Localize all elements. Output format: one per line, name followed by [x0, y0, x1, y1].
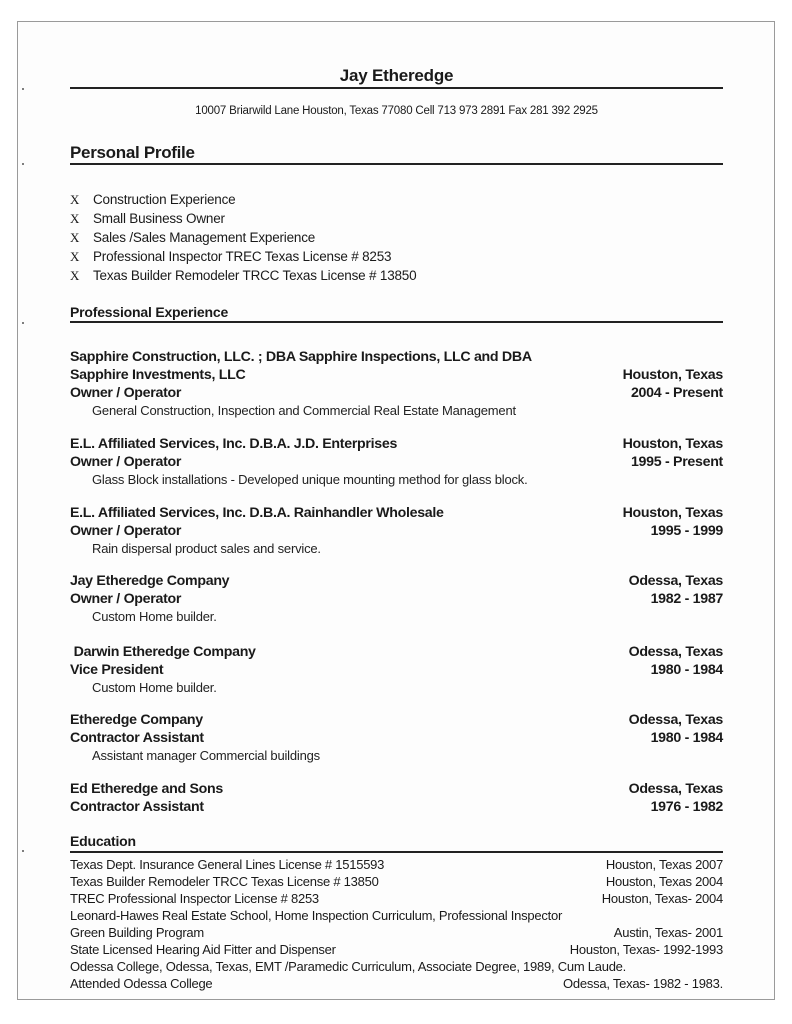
margin-mark: [22, 322, 24, 324]
job-location: Odessa, Texas: [629, 780, 723, 798]
education-row: Attended Odessa CollegeOdessa, Texas- 19…: [70, 975, 723, 992]
job-role: Owner / Operator: [70, 590, 181, 608]
job-location: Houston, Texas: [623, 435, 723, 453]
job-dates: 1982 - 1987: [651, 590, 723, 608]
job-location: Odessa, Texas: [629, 572, 723, 590]
section-title-personal-profile: Personal Profile: [70, 143, 195, 163]
job-location: Odessa, Texas: [629, 711, 723, 729]
name-underline: [70, 87, 723, 89]
education-row: Texas Builder Remodeler TRCC Texas Licen…: [70, 873, 723, 890]
profile-item: XTexas Builder Remodeler TRCC Texas Lice…: [70, 266, 416, 285]
margin-mark: [22, 88, 24, 90]
job-entry: Darwin Etheredge CompanyOdessa, Texas Vi…: [70, 643, 723, 696]
section-title-professional-experience: Professional Experience: [70, 304, 228, 320]
education-row: State Licensed Hearing Aid Fitter and Di…: [70, 941, 723, 958]
job-entry: E.L. Affiliated Services, Inc. D.B.A. J.…: [70, 435, 723, 488]
job-entry: Etheredge CompanyOdessa, Texas Contracto…: [70, 711, 723, 764]
job-description: Assistant manager Commercial buildings: [70, 747, 723, 764]
x-bullet-icon: X: [70, 230, 93, 246]
section-rule: [70, 321, 723, 323]
profile-item: XSmall Business Owner: [70, 209, 416, 228]
education-row: Odessa College, Odessa, Texas, EMT /Para…: [70, 958, 723, 975]
section-rule: [70, 163, 723, 165]
x-bullet-icon: X: [70, 268, 93, 284]
job-company: E.L. Affiliated Services, Inc. D.B.A. J.…: [70, 435, 397, 453]
job-role: Owner / Operator: [70, 522, 181, 540]
education-row: Texas Dept. Insurance General Lines Lice…: [70, 856, 723, 873]
job-company: E.L. Affiliated Services, Inc. D.B.A. Ra…: [70, 504, 444, 522]
job-description: Glass Block installations - Developed un…: [70, 471, 723, 488]
profile-list: XConstruction Experience XSmall Business…: [70, 190, 416, 285]
resume-name: Jay Etheredge: [70, 66, 723, 86]
profile-item: XProfessional Inspector TREC Texas Licen…: [70, 247, 416, 266]
job-company: Darwin Etheredge Company: [70, 643, 256, 661]
job-role: Contractor Assistant: [70, 798, 204, 816]
job-description: Custom Home builder.: [70, 608, 723, 625]
margin-mark: [22, 163, 24, 165]
section-rule: [70, 851, 723, 853]
education-list: Texas Dept. Insurance General Lines Lice…: [70, 856, 723, 992]
job-company: Jay Etheredge Company: [70, 572, 229, 590]
job-description: Custom Home builder.: [70, 679, 723, 696]
job-entry: Jay Etheredge CompanyOdessa, Texas Owner…: [70, 572, 723, 625]
job-role: Owner / Operator: [70, 384, 181, 402]
job-dates: 1976 - 1982: [651, 798, 723, 816]
job-location: Houston, Texas: [623, 366, 723, 384]
job-location: Houston, Texas: [623, 504, 723, 522]
contact-address: 10007 Briarwild Lane Houston, Texas 7708…: [70, 105, 723, 117]
job-dates: 1995 - Present: [631, 453, 723, 471]
job-role: Contractor Assistant: [70, 729, 204, 747]
job-entry: Ed Etheredge and SonsOdessa, Texas Contr…: [70, 780, 723, 816]
profile-item: XSales /Sales Management Experience: [70, 228, 416, 247]
job-company: Sapphire Investments, LLC: [70, 366, 245, 384]
job-location: Odessa, Texas: [629, 643, 723, 661]
education-row: Leonard-Hawes Real Estate School, Home I…: [70, 907, 723, 924]
job-description: General Construction, Inspection and Com…: [70, 402, 723, 419]
job-dates: 1980 - 1984: [651, 661, 723, 679]
job-dates: 1980 - 1984: [651, 729, 723, 747]
x-bullet-icon: X: [70, 249, 93, 265]
margin-mark: [22, 850, 24, 852]
job-company: Etheredge Company: [70, 711, 203, 729]
job-company: Ed Etheredge and Sons: [70, 780, 223, 798]
job-dates: 2004 - Present: [631, 384, 723, 402]
job-description: Rain dispersal product sales and service…: [70, 540, 723, 557]
job-company: Sapphire Construction, LLC. ; DBA Sapphi…: [70, 348, 532, 366]
education-row: Green Building ProgramAustin, Texas- 200…: [70, 924, 723, 941]
job-entry: E.L. Affiliated Services, Inc. D.B.A. Ra…: [70, 504, 723, 557]
section-title-education: Education: [70, 833, 136, 849]
job-dates: 1995 - 1999: [651, 522, 723, 540]
job-entry: Sapphire Construction, LLC. ; DBA Sapphi…: [70, 348, 723, 419]
x-bullet-icon: X: [70, 211, 93, 227]
job-role: Owner / Operator: [70, 453, 181, 471]
x-bullet-icon: X: [70, 192, 93, 208]
education-row: TREC Professional Inspector License # 82…: [70, 890, 723, 907]
job-role: Vice President: [70, 661, 163, 679]
profile-item: XConstruction Experience: [70, 190, 416, 209]
